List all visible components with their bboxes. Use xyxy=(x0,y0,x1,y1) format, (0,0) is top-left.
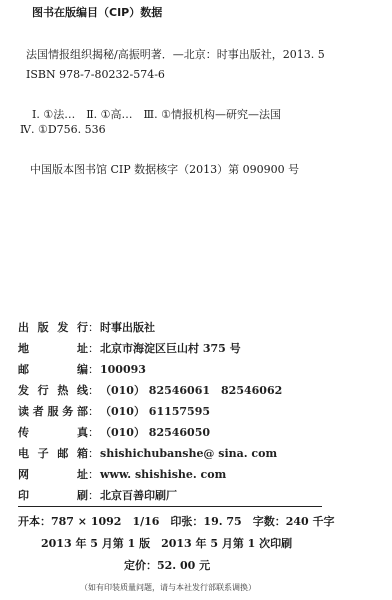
fax-value: （010） 82546050 xyxy=(100,426,210,440)
edition-info: 2013 年 5 月第 1 版 2013 年 5 月第 1 次印刷 xyxy=(41,537,292,551)
quality-note: （如有印装质量问题，请与本社发行部联系调换） xyxy=(80,581,256,595)
postcode-row: 邮编：100093 xyxy=(18,363,146,377)
distribution-hotline-label: 发行热线 xyxy=(18,384,88,398)
printer-row: 印刷：北京百善印刷厂 xyxy=(18,489,177,503)
publisher-value: 时事出版社 xyxy=(100,321,155,335)
colon: ： xyxy=(88,489,100,503)
colon: ： xyxy=(88,342,100,356)
reader-service-value: （010） 61157595 xyxy=(100,405,210,419)
format-specs: 开本：787 × 1092 1/16 印张：19. 75 字数：240 千字 xyxy=(18,515,335,529)
website-label: 网址 xyxy=(18,468,88,482)
cip-heading: 图书在版编目（CIP）数据 xyxy=(32,6,162,20)
address-label: 地址 xyxy=(18,342,88,356)
distribution-hotline-value: （010） 82546061 82546062 xyxy=(100,384,282,398)
website-value: www. shishishe. com xyxy=(100,468,226,482)
isbn: ISBN 978-7-80232-574-6 xyxy=(26,68,165,82)
postcode-label: 邮编 xyxy=(18,363,88,377)
reader-service-row: 读者服务部：（010） 61157595 xyxy=(18,405,210,419)
colon: ： xyxy=(88,405,100,419)
colon: ： xyxy=(88,384,100,398)
address-value: 北京市海淀区巨山村 375 号 xyxy=(100,342,241,356)
fax-row: 传真：（010） 82546050 xyxy=(18,426,210,440)
copyright-page: 图书在版编目（CIP）数据 法国情报组织揭秘/高振明著．—北京：时事出版社，20… xyxy=(0,0,392,600)
colon: ： xyxy=(88,321,100,335)
publisher-label: 出版发行 xyxy=(18,321,88,335)
postcode-value: 100093 xyxy=(100,363,146,377)
reader-service-label: 读者服务部 xyxy=(18,405,88,419)
divider-rule xyxy=(18,506,322,507)
email-label: 电子邮箱 xyxy=(18,447,88,461)
printer-value: 北京百善印刷厂 xyxy=(100,489,177,503)
distribution-hotline-row: 发行热线：（010） 82546061 82546062 xyxy=(18,384,282,398)
printer-label: 印刷 xyxy=(18,489,88,503)
colon: ： xyxy=(88,363,100,377)
cip-check-number: 中国版本图书馆 CIP 数据核字（2013）第 090900 号 xyxy=(30,163,299,177)
website-row: 网址：www. shishishe. com xyxy=(18,468,226,482)
colon: ： xyxy=(88,447,100,461)
cip-bibliographic-entry: 法国情报组织揭秘/高振明著．—北京：时事出版社，2013. 5 xyxy=(26,48,325,62)
publisher-row: 出版发行：时事出版社 xyxy=(18,321,155,335)
cip-classification-line-1: Ⅰ. ①法… Ⅱ. ①高… Ⅲ. ①情报机构—研究—法国 xyxy=(32,108,281,122)
email-row: 电子邮箱：shishichubanshe@ sina. com xyxy=(18,447,277,461)
email-value: shishichubanshe@ sina. com xyxy=(100,447,277,461)
colon: ： xyxy=(88,426,100,440)
cip-classification-line-2: Ⅳ. ①D756. 536 xyxy=(20,123,106,137)
address-row: 地址：北京市海淀区巨山村 375 号 xyxy=(18,342,241,356)
price: 定价：52. 00 元 xyxy=(124,559,210,573)
fax-label: 传真 xyxy=(18,426,88,440)
colon: ： xyxy=(88,468,100,482)
